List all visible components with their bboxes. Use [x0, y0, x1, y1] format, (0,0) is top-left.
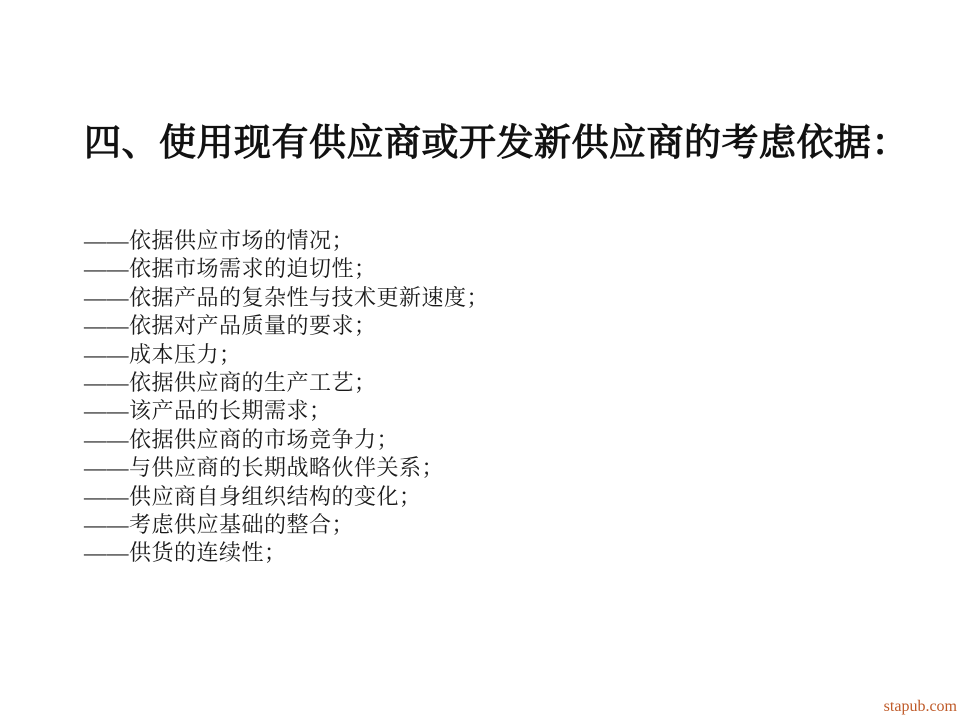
- bullet-item: ——成本压力；: [84, 341, 489, 369]
- bullet-list: ——依据供应市场的情况；——依据市场需求的迫切性；——依据产品的复杂性与技术更新…: [84, 227, 489, 568]
- slide: 四、使用现有供应商或开发新供应商的考虑依据： ——依据供应市场的情况；——依据市…: [0, 0, 960, 720]
- bullet-item: ——依据市场需求的迫切性；: [84, 255, 489, 283]
- bullet-item: ——该产品的长期需求；: [84, 397, 489, 425]
- bullet-item: ——依据供应商的生产工艺；: [84, 369, 489, 397]
- bullet-item: ——依据产品的复杂性与技术更新速度；: [84, 284, 489, 312]
- bullet-item: ——依据对产品质量的要求；: [84, 312, 489, 340]
- bullet-item: ——依据供应市场的情况；: [84, 227, 489, 255]
- slide-title: 四、使用现有供应商或开发新供应商的考虑依据：: [84, 120, 909, 168]
- bullet-item: ——与供应商的长期战略伙伴关系；: [84, 454, 489, 482]
- bullet-item: ——考虑供应基础的整合；: [84, 511, 489, 539]
- bullet-item: ——供应商自身组织结构的变化；: [84, 483, 489, 511]
- bullet-item: ——依据供应商的市场竞争力；: [84, 426, 489, 454]
- bullet-item: ——供货的连续性；: [84, 539, 489, 567]
- watermark-text: stapub.com: [884, 699, 957, 715]
